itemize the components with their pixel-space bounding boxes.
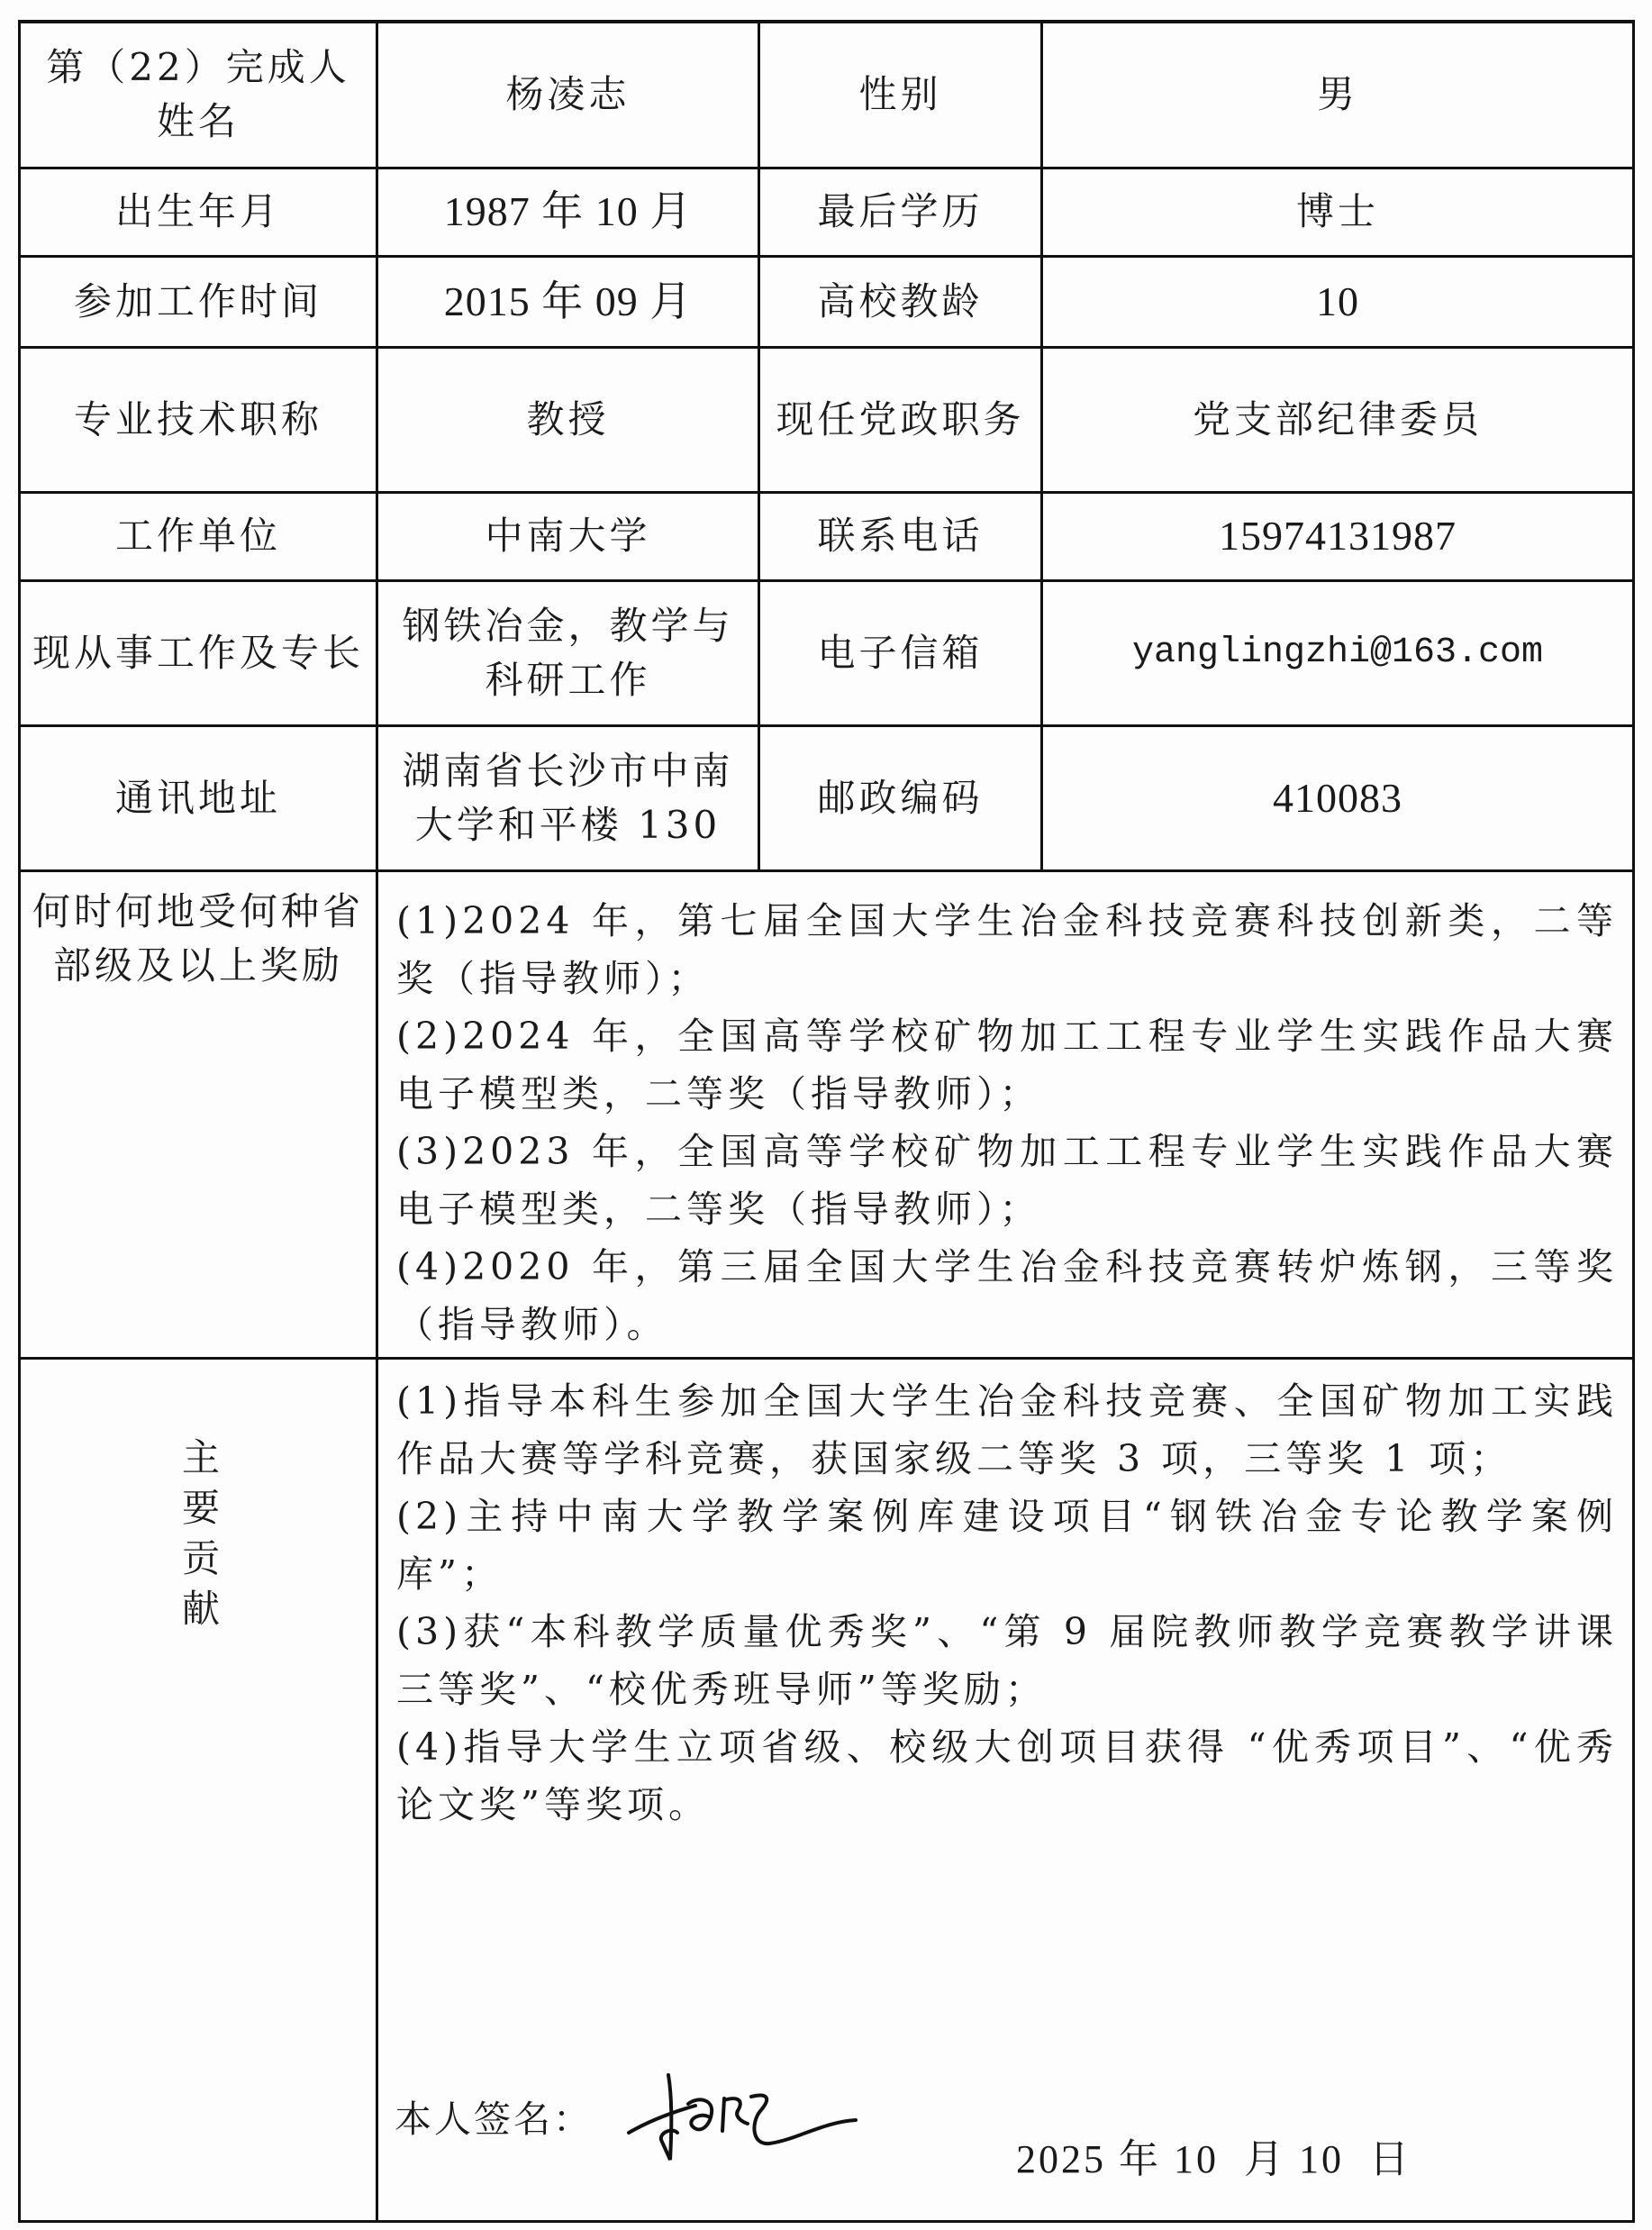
value-party-position: 党支部纪律委员	[1042, 347, 1634, 492]
label-teaching-years: 高校教龄	[759, 256, 1042, 347]
label-title: 专业技术职称	[20, 347, 377, 492]
award-item: (2)2024 年，全国高等学校矿物加工工程专业学生实践作品大赛电子模型类，二等…	[396, 1007, 1618, 1123]
award-item: (4)2020 年，第三届全国大学生冶金科技竞赛转炉炼钢，三等奖（指导教师）。	[396, 1238, 1618, 1353]
handwritten-signature-icon	[625, 2070, 859, 2169]
awards-list-cell: (1)2024 年，第七届全国大学生冶金科技竞赛科技创新类，二等奖（指导教师）；…	[377, 870, 1634, 1358]
award-item: (3)2023 年，全国高等学校矿物加工工程专业学生实践作品大赛电子模型类，二等…	[396, 1123, 1618, 1238]
row-employer: 工作单位 中南大学 联系电话 15974131987	[20, 492, 1634, 580]
sign-date: 2025 年 10 月 10 日	[1016, 2133, 1411, 2187]
label-postcode: 邮政编码	[759, 725, 1042, 870]
row-specialty: 现从事工作及专长 钢铁冶金，教学与科研工作 电子信箱 yanglingzhi@1…	[20, 580, 1634, 725]
label-birth: 出生年月	[20, 168, 377, 256]
contribution-item: (3)获“本科教学质量优秀奖”、“第 9 届院教师教学竞赛教学讲课三等奖”、“校…	[396, 1603, 1618, 1718]
awards-list: (1)2024 年，第七届全国大学生冶金科技竞赛科技创新类，二等奖（指导教师）；…	[378, 872, 1632, 1353]
label-specialty: 现从事工作及专长	[20, 580, 377, 725]
contribution-item: (1)指导本科生参加全国大学生冶金科技竞赛、全国矿物加工实践作品大赛等学科竞赛，…	[396, 1372, 1618, 1488]
value-specialty: 钢铁冶金，教学与科研工作	[377, 580, 759, 725]
personnel-info-form: 第（22）完成人姓名 杨凌志 性别 男 出生年月 1987 年 10 月 最后学…	[18, 20, 1635, 2223]
value-gender: 男	[1042, 22, 1634, 168]
label-awards: 何时何地受何种省部级及以上奖励	[20, 870, 377, 1358]
row-contributions: 主要贡献 (1)指导本科生参加全国大学生冶金科技竞赛、全国矿物加工实践作品大赛等…	[20, 1358, 1634, 2221]
contributions-list: (1)指导本科生参加全国大学生冶金科技竞赛、全国矿物加工实践作品大赛等学科竞赛，…	[378, 1360, 1632, 1834]
row-work-start: 参加工作时间 2015 年 09 月 高校教龄 10	[20, 256, 1634, 347]
label-party-position: 现任党政职务	[759, 347, 1042, 492]
row-address: 通讯地址 湖南省长沙市中南大学和平楼 130 邮政编码 410083	[20, 725, 1634, 870]
value-email: yanglingzhi@163.com	[1042, 580, 1634, 725]
signature-label: 本人签名：	[395, 2092, 593, 2146]
row-birth: 出生年月 1987 年 10 月 最后学历 博士	[20, 168, 1634, 256]
label-education: 最后学历	[759, 168, 1042, 256]
label-phone: 联系电话	[759, 492, 1042, 580]
value-phone: 15974131987	[1042, 492, 1634, 580]
value-address: 湖南省长沙市中南大学和平楼 130	[377, 725, 759, 870]
label-work-start: 参加工作时间	[20, 256, 377, 347]
award-item: (1)2024 年，第七届全国大学生冶金科技竞赛科技创新类，二等奖（指导教师）；	[396, 892, 1618, 1007]
contribution-item: (2)主持中南大学教学案例库建设项目“钢铁冶金专论教学案例库”；	[396, 1488, 1618, 1603]
label-address: 通讯地址	[20, 725, 377, 870]
value-education: 博士	[1042, 168, 1634, 256]
value-birth: 1987 年 10 月	[377, 168, 759, 256]
document-page: 第（22）完成人姓名 杨凌志 性别 男 出生年月 1987 年 10 月 最后学…	[0, 0, 1652, 2230]
value-title: 教授	[377, 347, 759, 492]
contributions-cell: (1)指导本科生参加全国大学生冶金科技竞赛、全国矿物加工实践作品大赛等学科竞赛，…	[377, 1358, 1634, 2221]
signature-block: 本人签名：	[395, 2070, 859, 2169]
value-teaching-years: 10	[1042, 256, 1634, 347]
value-postcode: 410083	[1042, 725, 1634, 870]
label-name: 第（22）完成人姓名	[20, 22, 377, 168]
label-employer: 工作单位	[20, 492, 377, 580]
value-work-start: 2015 年 09 月	[377, 256, 759, 347]
contribution-item: (4)指导大学生立项省级、校级大创项目获得 “优秀项目”、“优秀论文奖”等奖项。	[396, 1718, 1618, 1834]
row-name: 第（22）完成人姓名 杨凌志 性别 男	[20, 22, 1634, 168]
value-name: 杨凌志	[377, 22, 759, 168]
label-contributions: 主要贡献	[20, 1358, 377, 2221]
label-gender: 性别	[759, 22, 1042, 168]
row-awards: 何时何地受何种省部级及以上奖励 (1)2024 年，第七届全国大学生冶金科技竞赛…	[20, 870, 1634, 1358]
row-title: 专业技术职称 教授 现任党政职务 党支部纪律委员	[20, 347, 1634, 492]
value-employer: 中南大学	[377, 492, 759, 580]
label-email: 电子信箱	[759, 580, 1042, 725]
